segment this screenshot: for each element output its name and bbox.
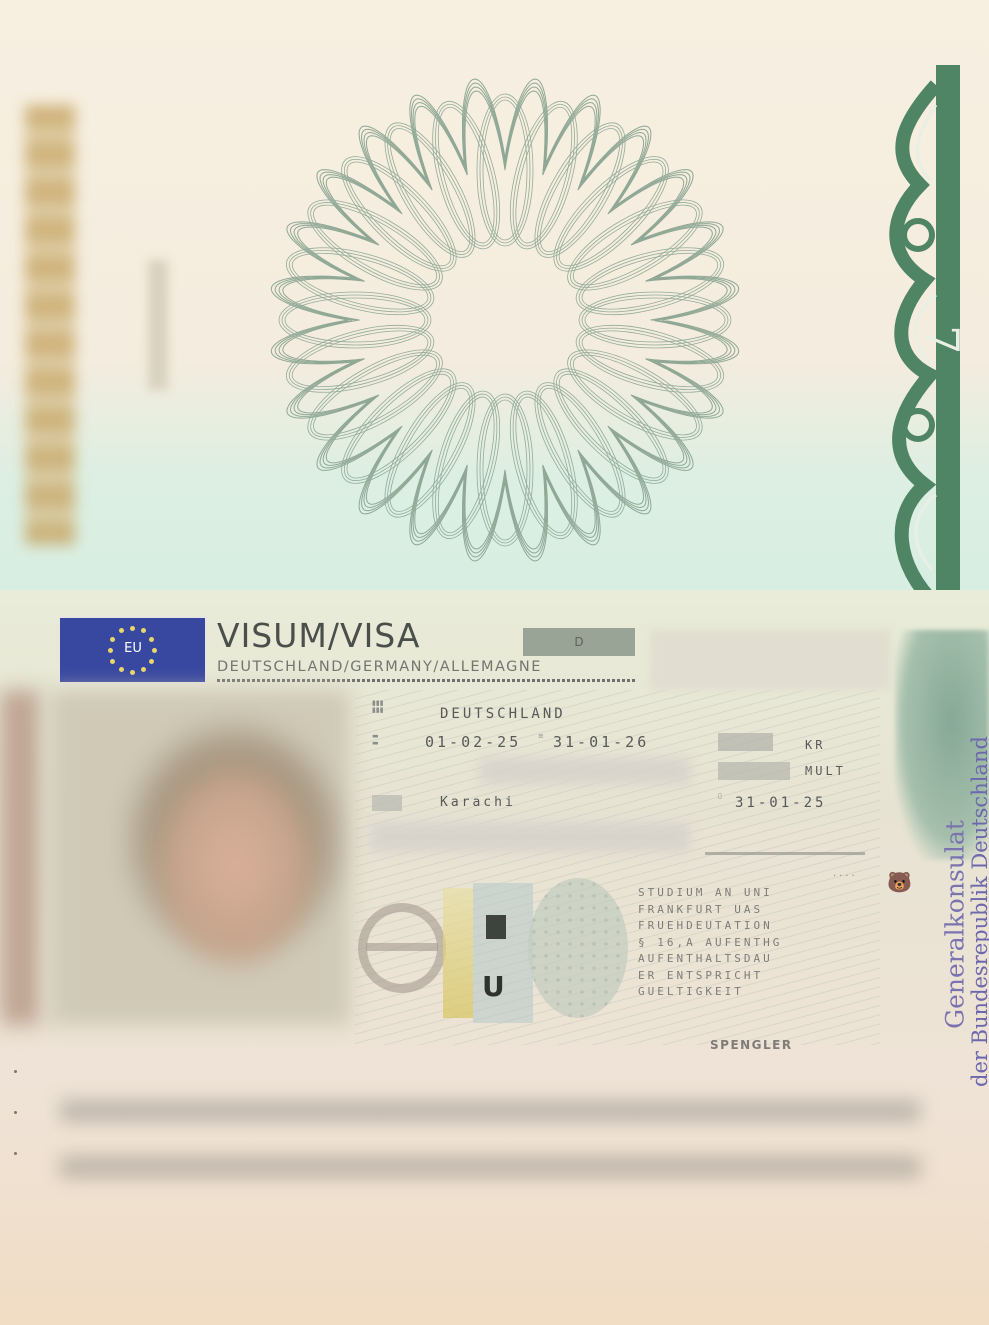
issued-in-value: Karachi (440, 795, 516, 810)
consulate-stamp: der Bundesrepublik Deutschland Generalko… (900, 760, 989, 1090)
dotted-seal-icon (528, 878, 628, 1018)
label-valid-for: ▮▮▮▮▮▮ (372, 700, 384, 714)
redacted-mark (148, 260, 168, 390)
stamp-line-1: Generalkonsulat (941, 760, 970, 1090)
mrz-line-2 (60, 1156, 920, 1178)
entries-value: MULT (805, 764, 846, 778)
redacted-visa-number (650, 630, 890, 690)
label-until: ≡ (538, 733, 544, 740)
binding-dots (14, 1070, 20, 1190)
visa-header: EU VISUM/VISA DEUTSCHLAND/GERMANY/ALLEMA… (55, 612, 640, 690)
redacted-edge (0, 690, 40, 1025)
redacted-holder-name (370, 822, 690, 852)
upper-passport-page: 7 (0, 0, 989, 600)
eu-star-icon (130, 670, 135, 675)
issue-date-value: 31-01-25 (735, 795, 826, 811)
redacted-page-edge (25, 105, 75, 545)
security-seal-area: U (358, 878, 618, 1028)
eu-star-icon (149, 659, 154, 664)
eu-star-icon (119, 667, 124, 672)
validity-from-value: 01-02-25 (425, 733, 521, 751)
signatory-name: SPENGLER (710, 1038, 793, 1052)
remarks-block: STUDIUM AN UNI FRANKFURT UAS FRUEHDEUTAT… (638, 885, 782, 1001)
guilloche-rosette-icon (245, 70, 765, 570)
microprint-line (217, 679, 637, 682)
visa-title: VISUM/VISA (217, 616, 420, 655)
label-type-of-visa (718, 733, 773, 751)
eu-flag-label: EU (118, 641, 148, 656)
holder-photo-redacted (50, 690, 350, 1025)
eu-star-icon (141, 667, 146, 672)
label-entries (718, 762, 790, 780)
eu-star-icon (119, 628, 124, 633)
eu-star-icon (149, 637, 154, 642)
hologram-stripe (443, 888, 473, 1018)
label-issued-in (372, 795, 402, 811)
issuing-country: DEUTSCHLAND/GERMANY/ALLEMAGNE (217, 659, 542, 675)
mrz-line-1 (60, 1100, 920, 1122)
field-divider (705, 852, 865, 855)
eu-star-icon (108, 648, 113, 653)
eu-flag-icon: EU (58, 616, 207, 684)
hologram-u-icon: U (482, 973, 505, 1001)
seal-bar-icon (366, 943, 438, 951)
type-of-visa-value: KR (805, 738, 825, 752)
dotted-leader: .... (833, 868, 858, 879)
svg-text:7: 7 (915, 325, 960, 354)
label-validity: ▬▬ (372, 733, 379, 747)
stamp-line-2: der Bundesrepublik Deutschland (968, 757, 989, 1087)
visa-type-badge: D (523, 628, 635, 656)
ornament-border-icon: 7 (880, 65, 960, 610)
valid-for-value: DEUTSCHLAND (440, 706, 566, 722)
eu-star-icon (141, 628, 146, 633)
eu-star-icon (152, 648, 157, 653)
hologram-box-icon (486, 915, 506, 939)
label-issue-date: ▯ (718, 793, 722, 800)
eu-star-icon (130, 626, 135, 631)
eu-star-icon (110, 659, 115, 664)
eu-star-icon (110, 637, 115, 642)
redacted-duration (480, 758, 690, 784)
mrz-redacted (60, 1100, 920, 1210)
validity-to-value: 31-01-26 (553, 733, 649, 751)
